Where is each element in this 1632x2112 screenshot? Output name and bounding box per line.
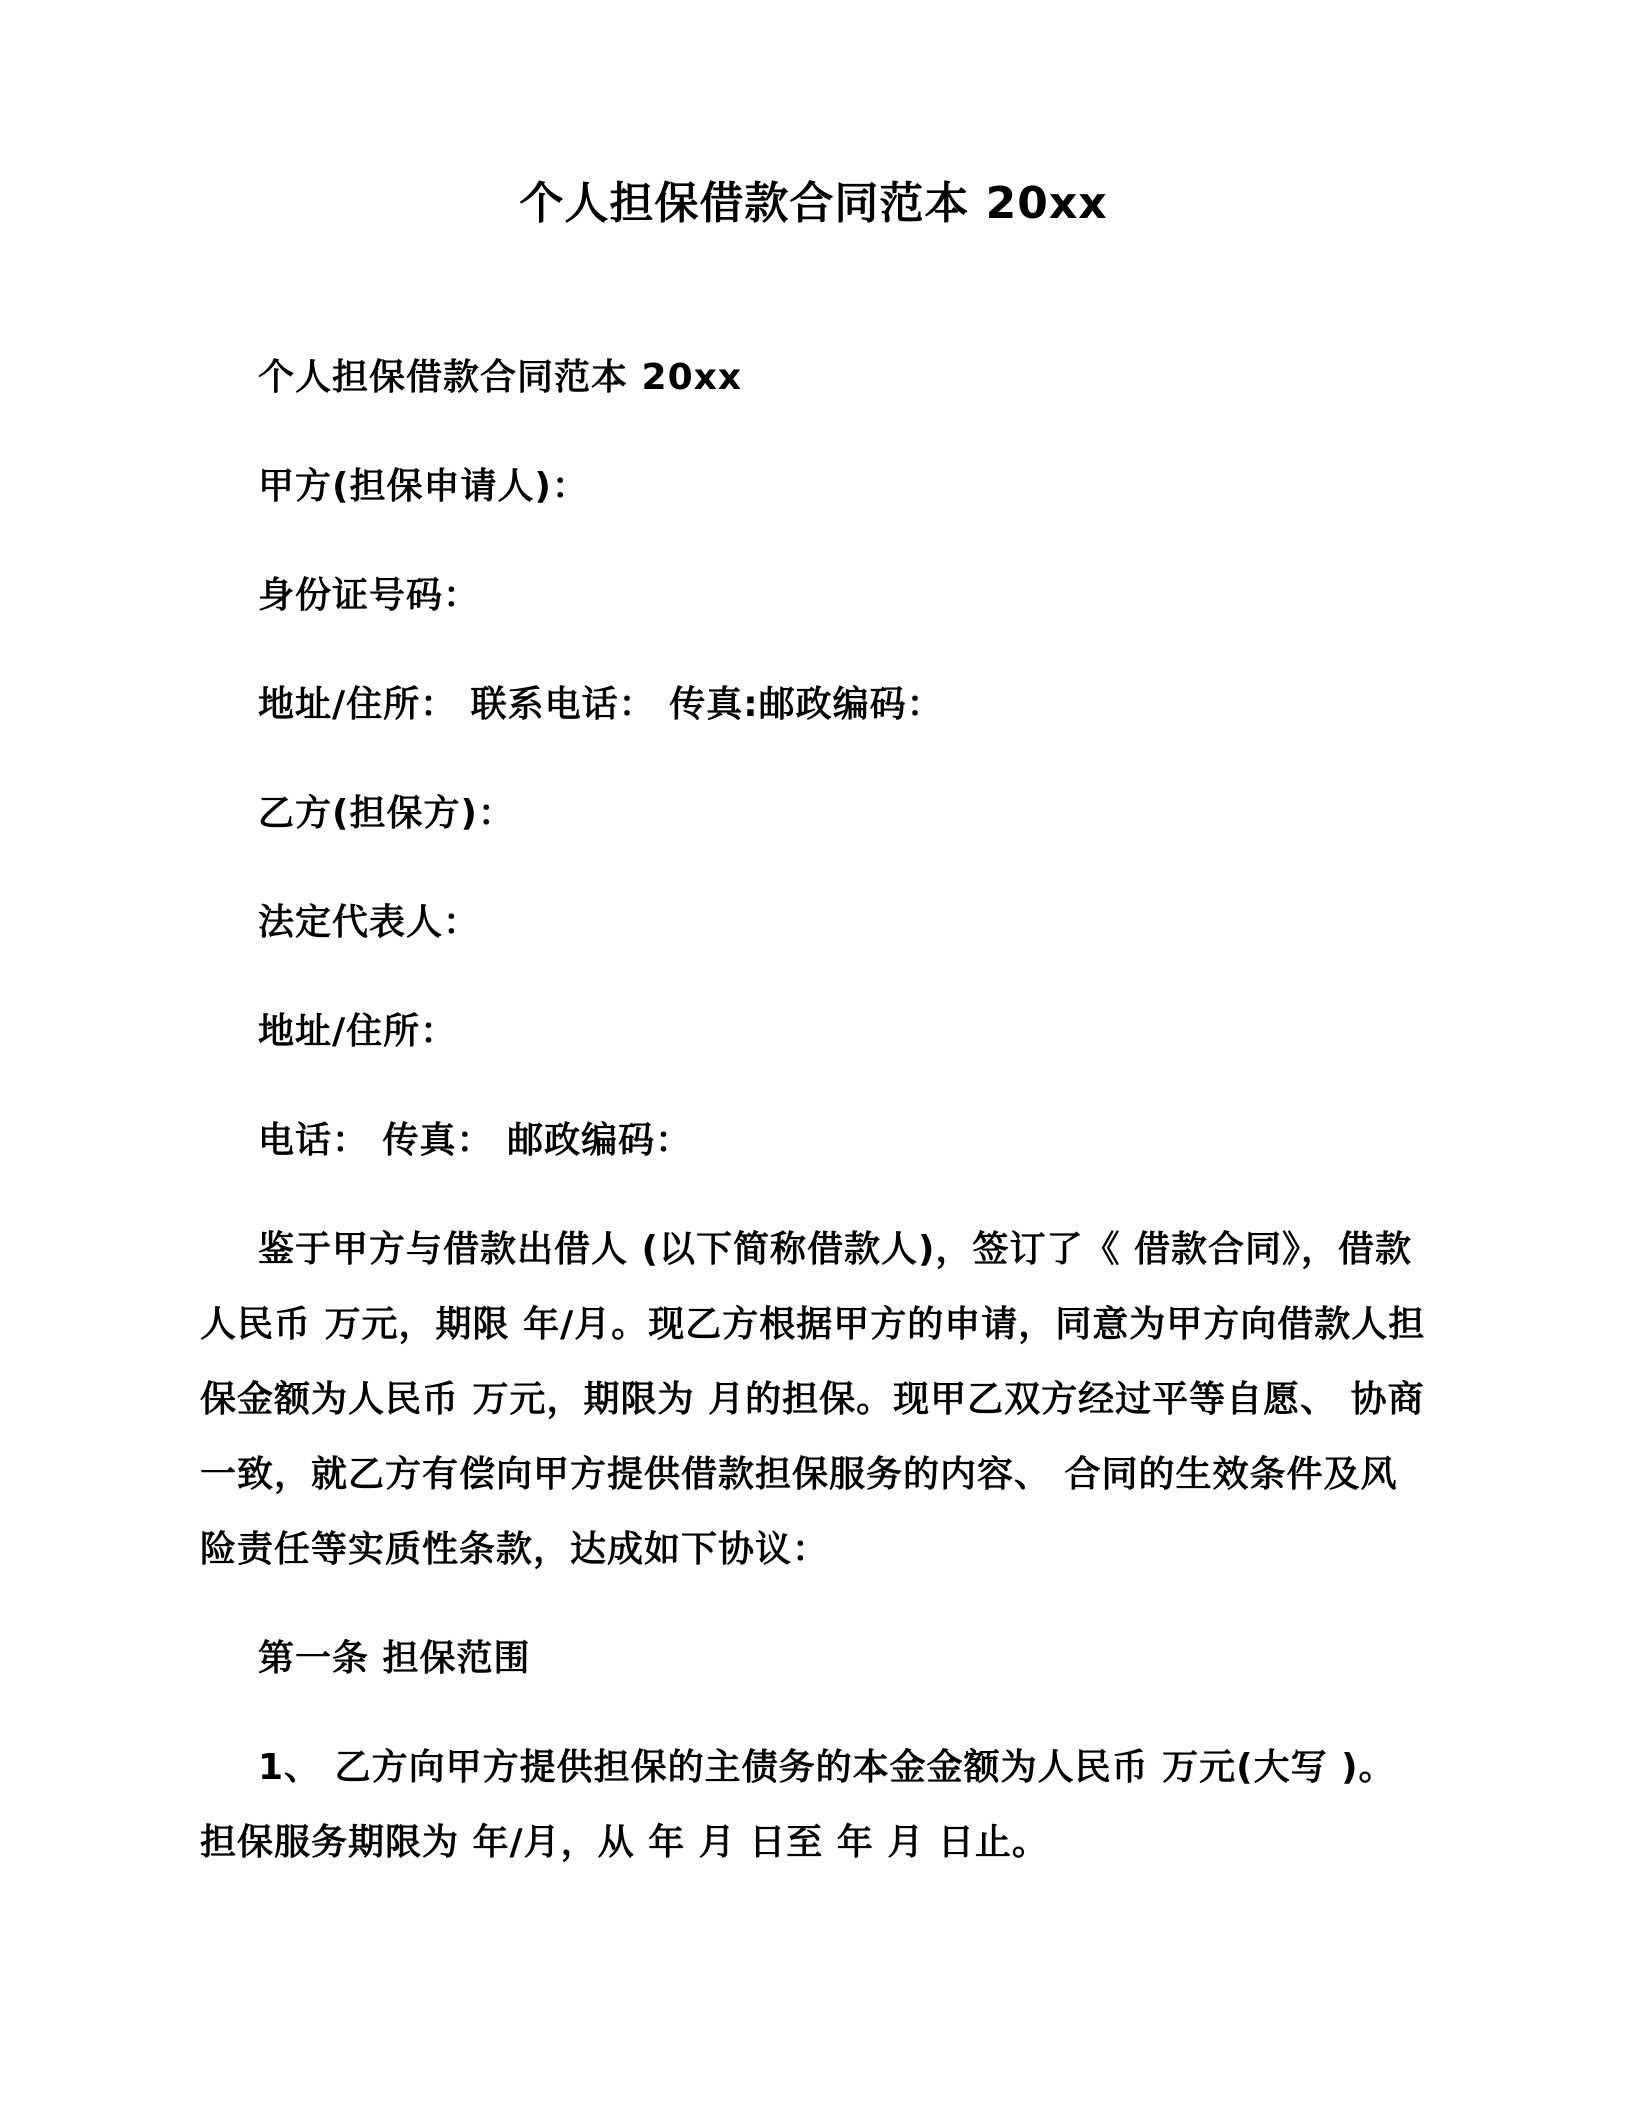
- contract-page: 个人担保借款合同范本 20xx 个人担保借款合同范本 20xx 甲方(担保申请人…: [0, 0, 1632, 2112]
- paragraph-preamble: 鉴于甲方与借款出借人 (以下简称借款人)，签订了《 借款合同》，借款人民币 万元…: [200, 1212, 1427, 1587]
- field-id-number: 身份证号码：: [200, 558, 1427, 633]
- field-party-a-contacts: 地址/住所： 联系电话： 传真:邮政编码：: [200, 667, 1427, 742]
- paragraph-subtitle: 个人担保借款合同范本 20xx: [200, 340, 1427, 415]
- field-legal-representative: 法定代表人：: [200, 885, 1427, 960]
- field-party-b-contacts: 电话： 传真： 邮政编码：: [200, 1103, 1427, 1178]
- document-title: 个人担保借款合同范本 20xx: [200, 172, 1427, 236]
- field-party-b-address: 地址/住所：: [200, 994, 1427, 1069]
- clause-1-heading: 第一条 担保范围: [200, 1621, 1427, 1696]
- field-party-a: 甲方(担保申请人)：: [200, 449, 1427, 524]
- field-party-b: 乙方(担保方)：: [200, 776, 1427, 851]
- clause-1-item-1: 1、 乙方向甲方提供担保的主债务的本金金额为人民币 万元(大写 )。 担保服务期…: [200, 1730, 1427, 1880]
